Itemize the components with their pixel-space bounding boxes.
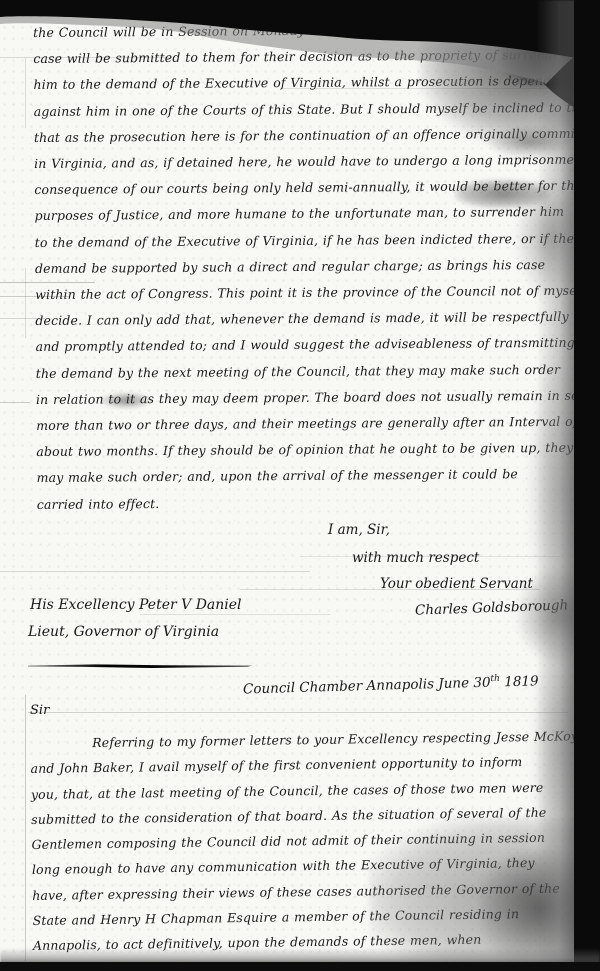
ruled-line (140, 614, 330, 615)
ruled-line (28, 712, 568, 713)
manuscript-line: purposes of Justice, and more humane to … (34, 199, 574, 229)
margin-line (25, 695, 26, 961)
salutation: Sir (30, 703, 49, 718)
ruled-line (0, 402, 30, 403)
scan-right-fringe (536, 0, 578, 971)
dateline-superscript: th (490, 674, 500, 684)
manuscript-line: to the demand of the Executive of Virgin… (35, 225, 575, 255)
scan-bottom-band (0, 962, 600, 971)
address-line: Lieut, Governor of Virginia (28, 624, 219, 640)
ruled-line (0, 571, 310, 572)
manuscript-page: the Council will be in Session on Monday… (0, 0, 600, 971)
divider-line (28, 664, 252, 668)
manuscript-line: may make such order; and, upon the arriv… (36, 461, 576, 491)
address-line: His Excellency Peter V Daniel (30, 597, 242, 613)
dateline-main: Council Chamber Annapolis June 30 (243, 675, 491, 698)
manuscript-line: carried into effect. (37, 487, 577, 517)
closing-your-obedient-servant: Your obedient Servant (380, 576, 533, 592)
margin-line (25, 268, 26, 338)
scan-top-band (0, 0, 600, 170)
manuscript-line: and promptly attended to; and I would su… (35, 330, 575, 360)
closing-with-much-respect: with much respect (352, 550, 479, 566)
scan-right-band (574, 0, 600, 971)
manuscript-line: the demand by the next meeting of the Co… (36, 356, 576, 386)
closing-i-am-sir: I am, Sir, (328, 522, 390, 538)
dateline-year: 1819 (500, 673, 539, 690)
dateline: Council Chamber Annapolis June 30th 1819 (243, 673, 539, 698)
letter2-body: Referring to my former letters to your E… (30, 723, 578, 958)
